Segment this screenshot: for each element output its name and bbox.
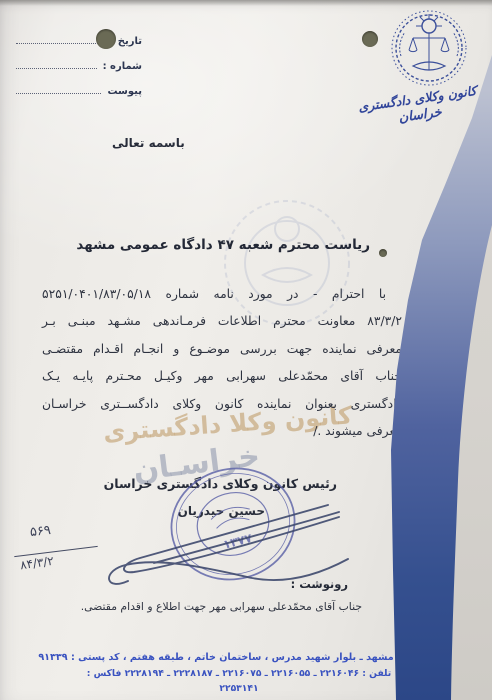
punch-hole-edge <box>379 249 387 257</box>
number-label: شماره : <box>103 61 142 72</box>
footer-address: مشهد ـ بلوار شهید مدرس ، ساختمان خاتم ، … <box>38 650 394 666</box>
reference-form: تاریخ شماره : پیوست <box>14 26 142 101</box>
attachment-dotted-line <box>16 93 101 94</box>
date-row: تاریخ <box>14 26 142 47</box>
body-line-6: معرفی میشوند ./ <box>42 418 402 445</box>
copy-recipient-line: جناب آقای محمّدعلی سهرابی مهر جهت اطلاع … <box>81 600 362 613</box>
body-line-4: جناب آقای محمّدعلی سهرابی مهر وکیـل محـت… <box>42 363 402 390</box>
handwritten-underline <box>14 546 97 557</box>
recipient-heading: ریاست محترم شعبه ۴۷ دادگاه عمومی مشهد <box>76 237 370 253</box>
copy-section-label: رونوشت : <box>291 577 348 591</box>
number-row: شماره : <box>14 51 142 72</box>
letterhead-footer: مشهد ـ بلوار شهید مدرس ، ساختمان خاتم ، … <box>38 650 394 696</box>
footer-phones: تلفن : ۲۲۱۶۰۴۶ ـ ۲۲۱۶۰۵۵ ـ ۲۲۱۶۰۷۵ ـ ۲۲۲… <box>38 666 394 696</box>
body-line-1: با احترام - در مورد نامه شماره ۵۲۵۱/۰۴۰۱… <box>42 281 402 308</box>
attachment-label: پیوست <box>107 86 142 97</box>
number-dotted-line <box>16 68 97 69</box>
letterhead-organization-name: کانون وکلای دادگستری خراسان <box>358 82 480 132</box>
date-label: تاریخ <box>118 36 142 47</box>
bar-association-emblem-icon <box>383 6 475 94</box>
handwritten-date: ۸۴/۳/۲ <box>19 554 54 573</box>
scanned-letter-photo: تاریخ شماره : پیوست <box>0 0 492 700</box>
basmala-text: باسمه تعالی <box>112 136 185 150</box>
letter-body: با احترام - در مورد نامه شماره ۵۲۵۱/۰۴۰۱… <box>42 281 402 445</box>
punch-hole-right <box>362 31 378 47</box>
photo-top-edge-shadow <box>0 0 492 6</box>
handwritten-number: ۵۶۹ <box>29 523 51 540</box>
body-line-2: ۸۳/۳/۲ معاونت محترم اطلاعات فرمـاندهی مش… <box>42 308 402 335</box>
punch-hole-left <box>96 29 116 49</box>
body-line-3: معرفی نماینده جهت بررسی موضـوع و انجـام … <box>42 336 402 363</box>
attachment-row: پیوست <box>14 76 142 97</box>
body-line-5: دادگستری بعنوان نماینده کانون وکلای دادگ… <box>42 391 402 418</box>
